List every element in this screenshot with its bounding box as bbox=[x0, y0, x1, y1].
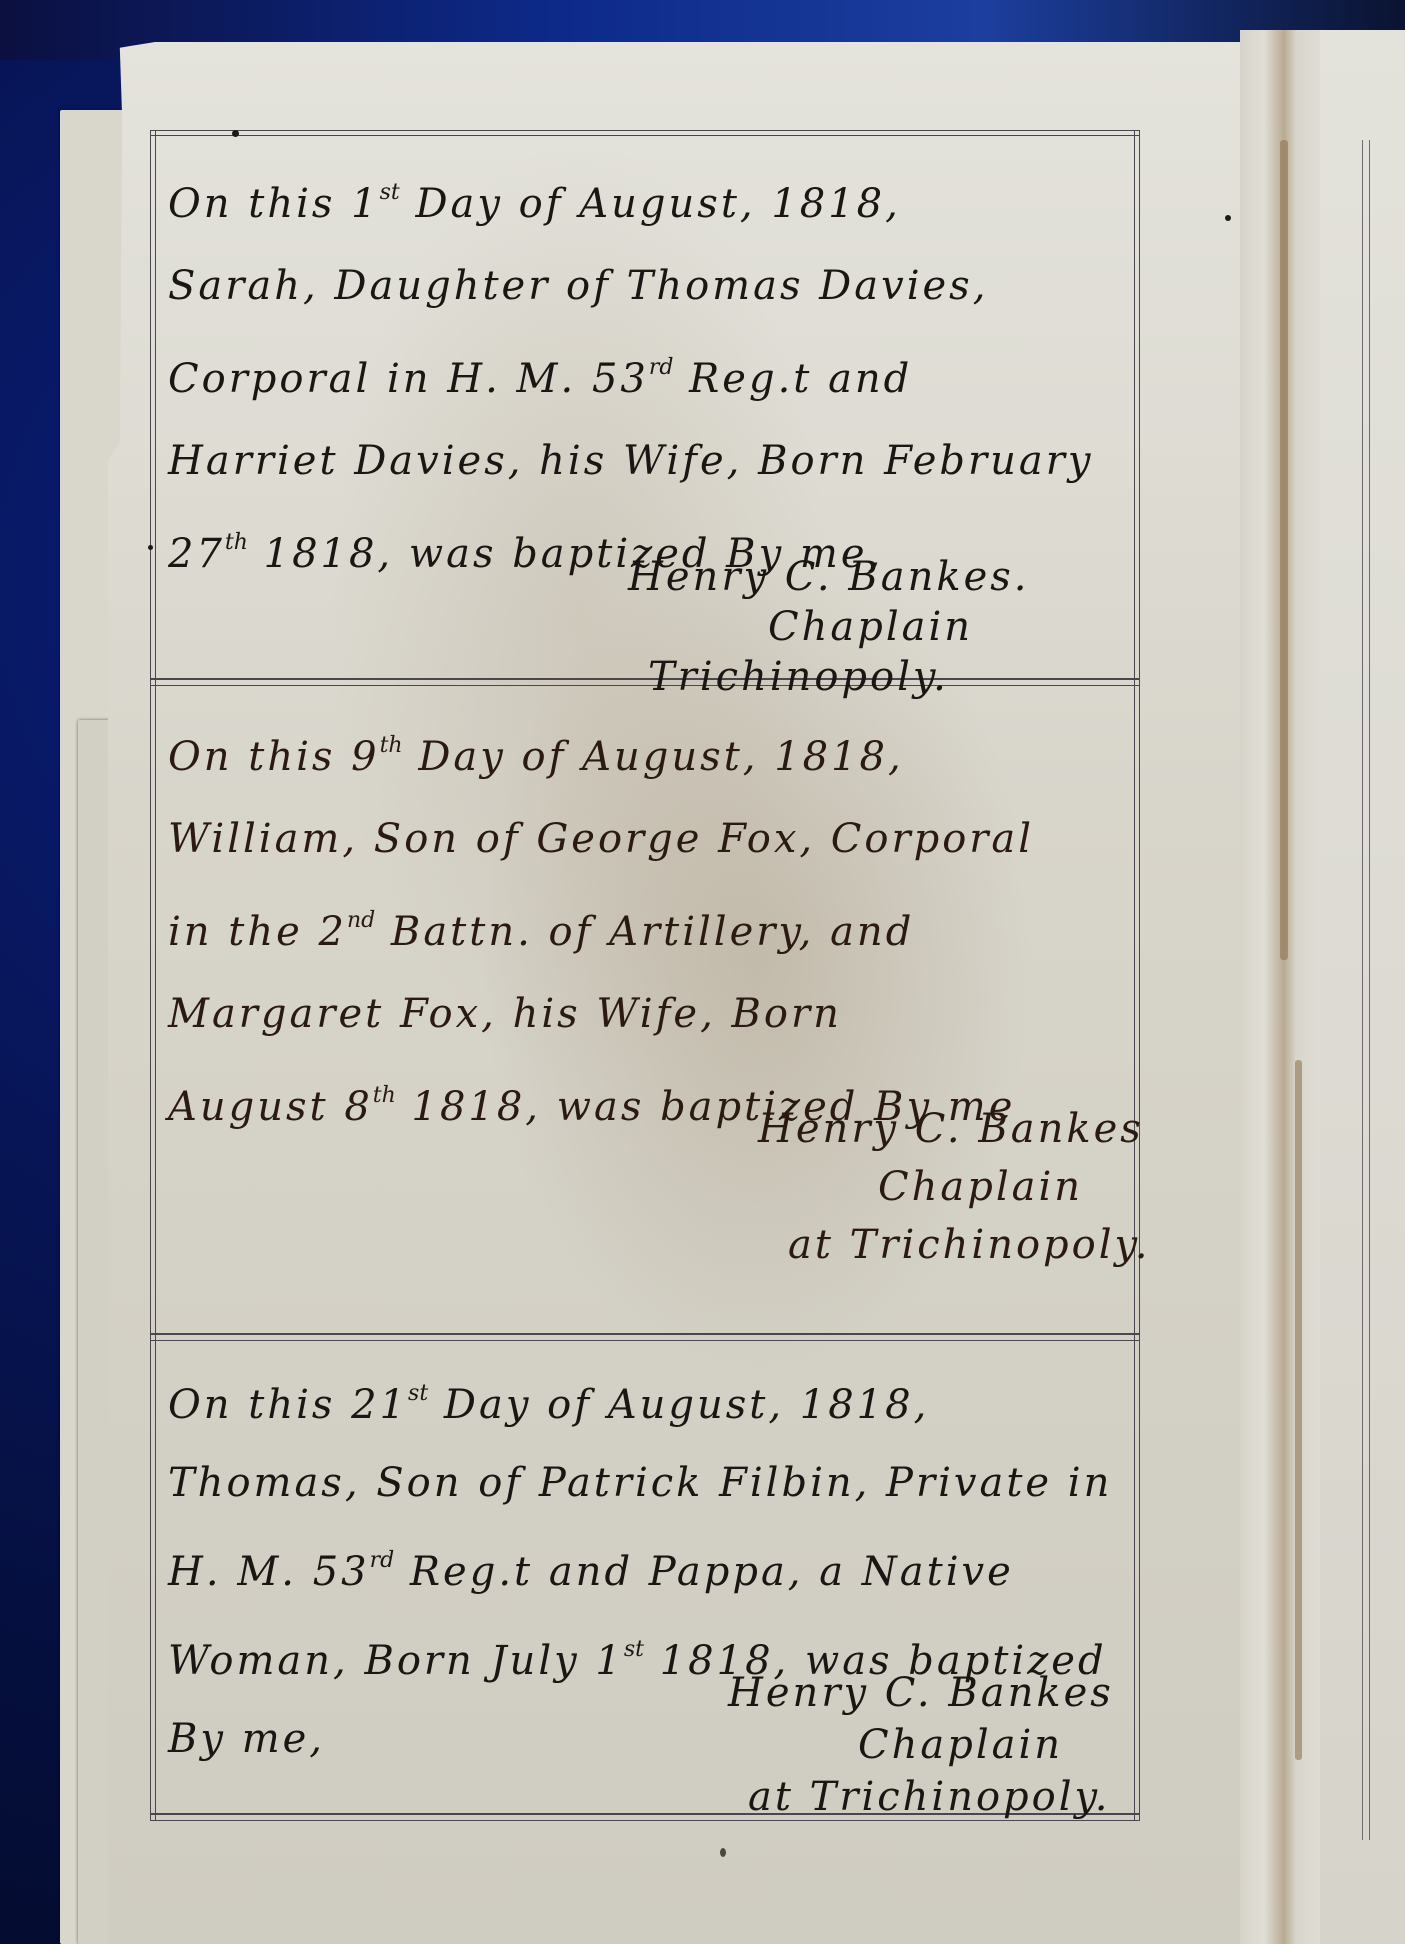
signature-title: Chaplain bbox=[758, 1158, 1151, 1216]
signature-title: Chaplain bbox=[628, 602, 1030, 652]
frame-right-rule bbox=[1134, 130, 1135, 1820]
adjacent-page-rule bbox=[1362, 140, 1370, 1840]
signature-name: Henry C. Bankes bbox=[728, 1667, 1114, 1719]
entry-line: Harriet Davies, his Wife, Born February bbox=[168, 420, 1120, 502]
baptism-entry-2: On this 9th Day of August, 1818, William… bbox=[168, 705, 1120, 1148]
entry-line: On this 21st Day of August, 1818, bbox=[168, 1355, 1120, 1444]
signature-place: at Trichinopoly. bbox=[758, 1216, 1151, 1274]
baptism-entry-1: On this 1st Day of August, 1818, Sarah, … bbox=[168, 152, 1120, 595]
entry-line: Thomas, Son of Patrick Filbin, Private i… bbox=[168, 1444, 1120, 1522]
ink-dot bbox=[148, 545, 153, 550]
register-frame: On this 1st Day of August, 1818, Sarah, … bbox=[150, 130, 1140, 1820]
entry-line: William, Son of George Fox, Corporal bbox=[168, 798, 1120, 880]
entry-divider bbox=[150, 1340, 1140, 1341]
book-spine bbox=[1240, 30, 1320, 1944]
signature-place: Trichinopoly. bbox=[628, 652, 1030, 702]
entry-line: in the 2nd Battn. of Artillery, and bbox=[168, 880, 1120, 973]
ink-dot bbox=[720, 1848, 726, 1857]
frame-left-rule bbox=[150, 130, 151, 1820]
entry-line: On this 1st Day of August, 1818, bbox=[168, 152, 1120, 245]
entry-line: H. M. 53rd Reg.t and Pappa, a Native bbox=[168, 1522, 1120, 1611]
baptism-entry-3: On this 21st Day of August, 1818, Thomas… bbox=[168, 1355, 1120, 1778]
chaplain-signature: Henry C. Bankes Chaplain at Trichinopoly… bbox=[758, 1100, 1151, 1274]
signature-name: Henry C. Bankes. bbox=[628, 552, 1030, 602]
binding-hole bbox=[1225, 215, 1231, 221]
entry-line: Corporal in H. M. 53rd Reg.t and bbox=[168, 327, 1120, 420]
entry-line: On this 9th Day of August, 1818, bbox=[168, 705, 1120, 798]
frame-top-rule-inner bbox=[150, 135, 1140, 136]
water-stain bbox=[1280, 140, 1288, 960]
chaplain-signature: Henry C. Bankes. Chaplain Trichinopoly. bbox=[628, 552, 1030, 702]
entry-line: Margaret Fox, his Wife, Born bbox=[168, 973, 1120, 1055]
chaplain-signature: Henry C. Bankes Chaplain at Trichinopoly… bbox=[728, 1667, 1114, 1823]
ink-dot bbox=[232, 130, 239, 137]
entry-divider bbox=[150, 1333, 1140, 1335]
water-stain bbox=[1295, 1060, 1302, 1760]
entry-line: Sarah, Daughter of Thomas Davies, bbox=[168, 245, 1120, 327]
frame-right-rule-outer bbox=[1139, 130, 1140, 1820]
signature-title: Chaplain bbox=[728, 1719, 1114, 1771]
signature-name: Henry C. Bankes bbox=[758, 1100, 1151, 1158]
signature-place: at Trichinopoly. bbox=[728, 1771, 1114, 1823]
frame-top-rule bbox=[150, 130, 1140, 131]
frame-left-rule-inner bbox=[155, 130, 156, 1820]
